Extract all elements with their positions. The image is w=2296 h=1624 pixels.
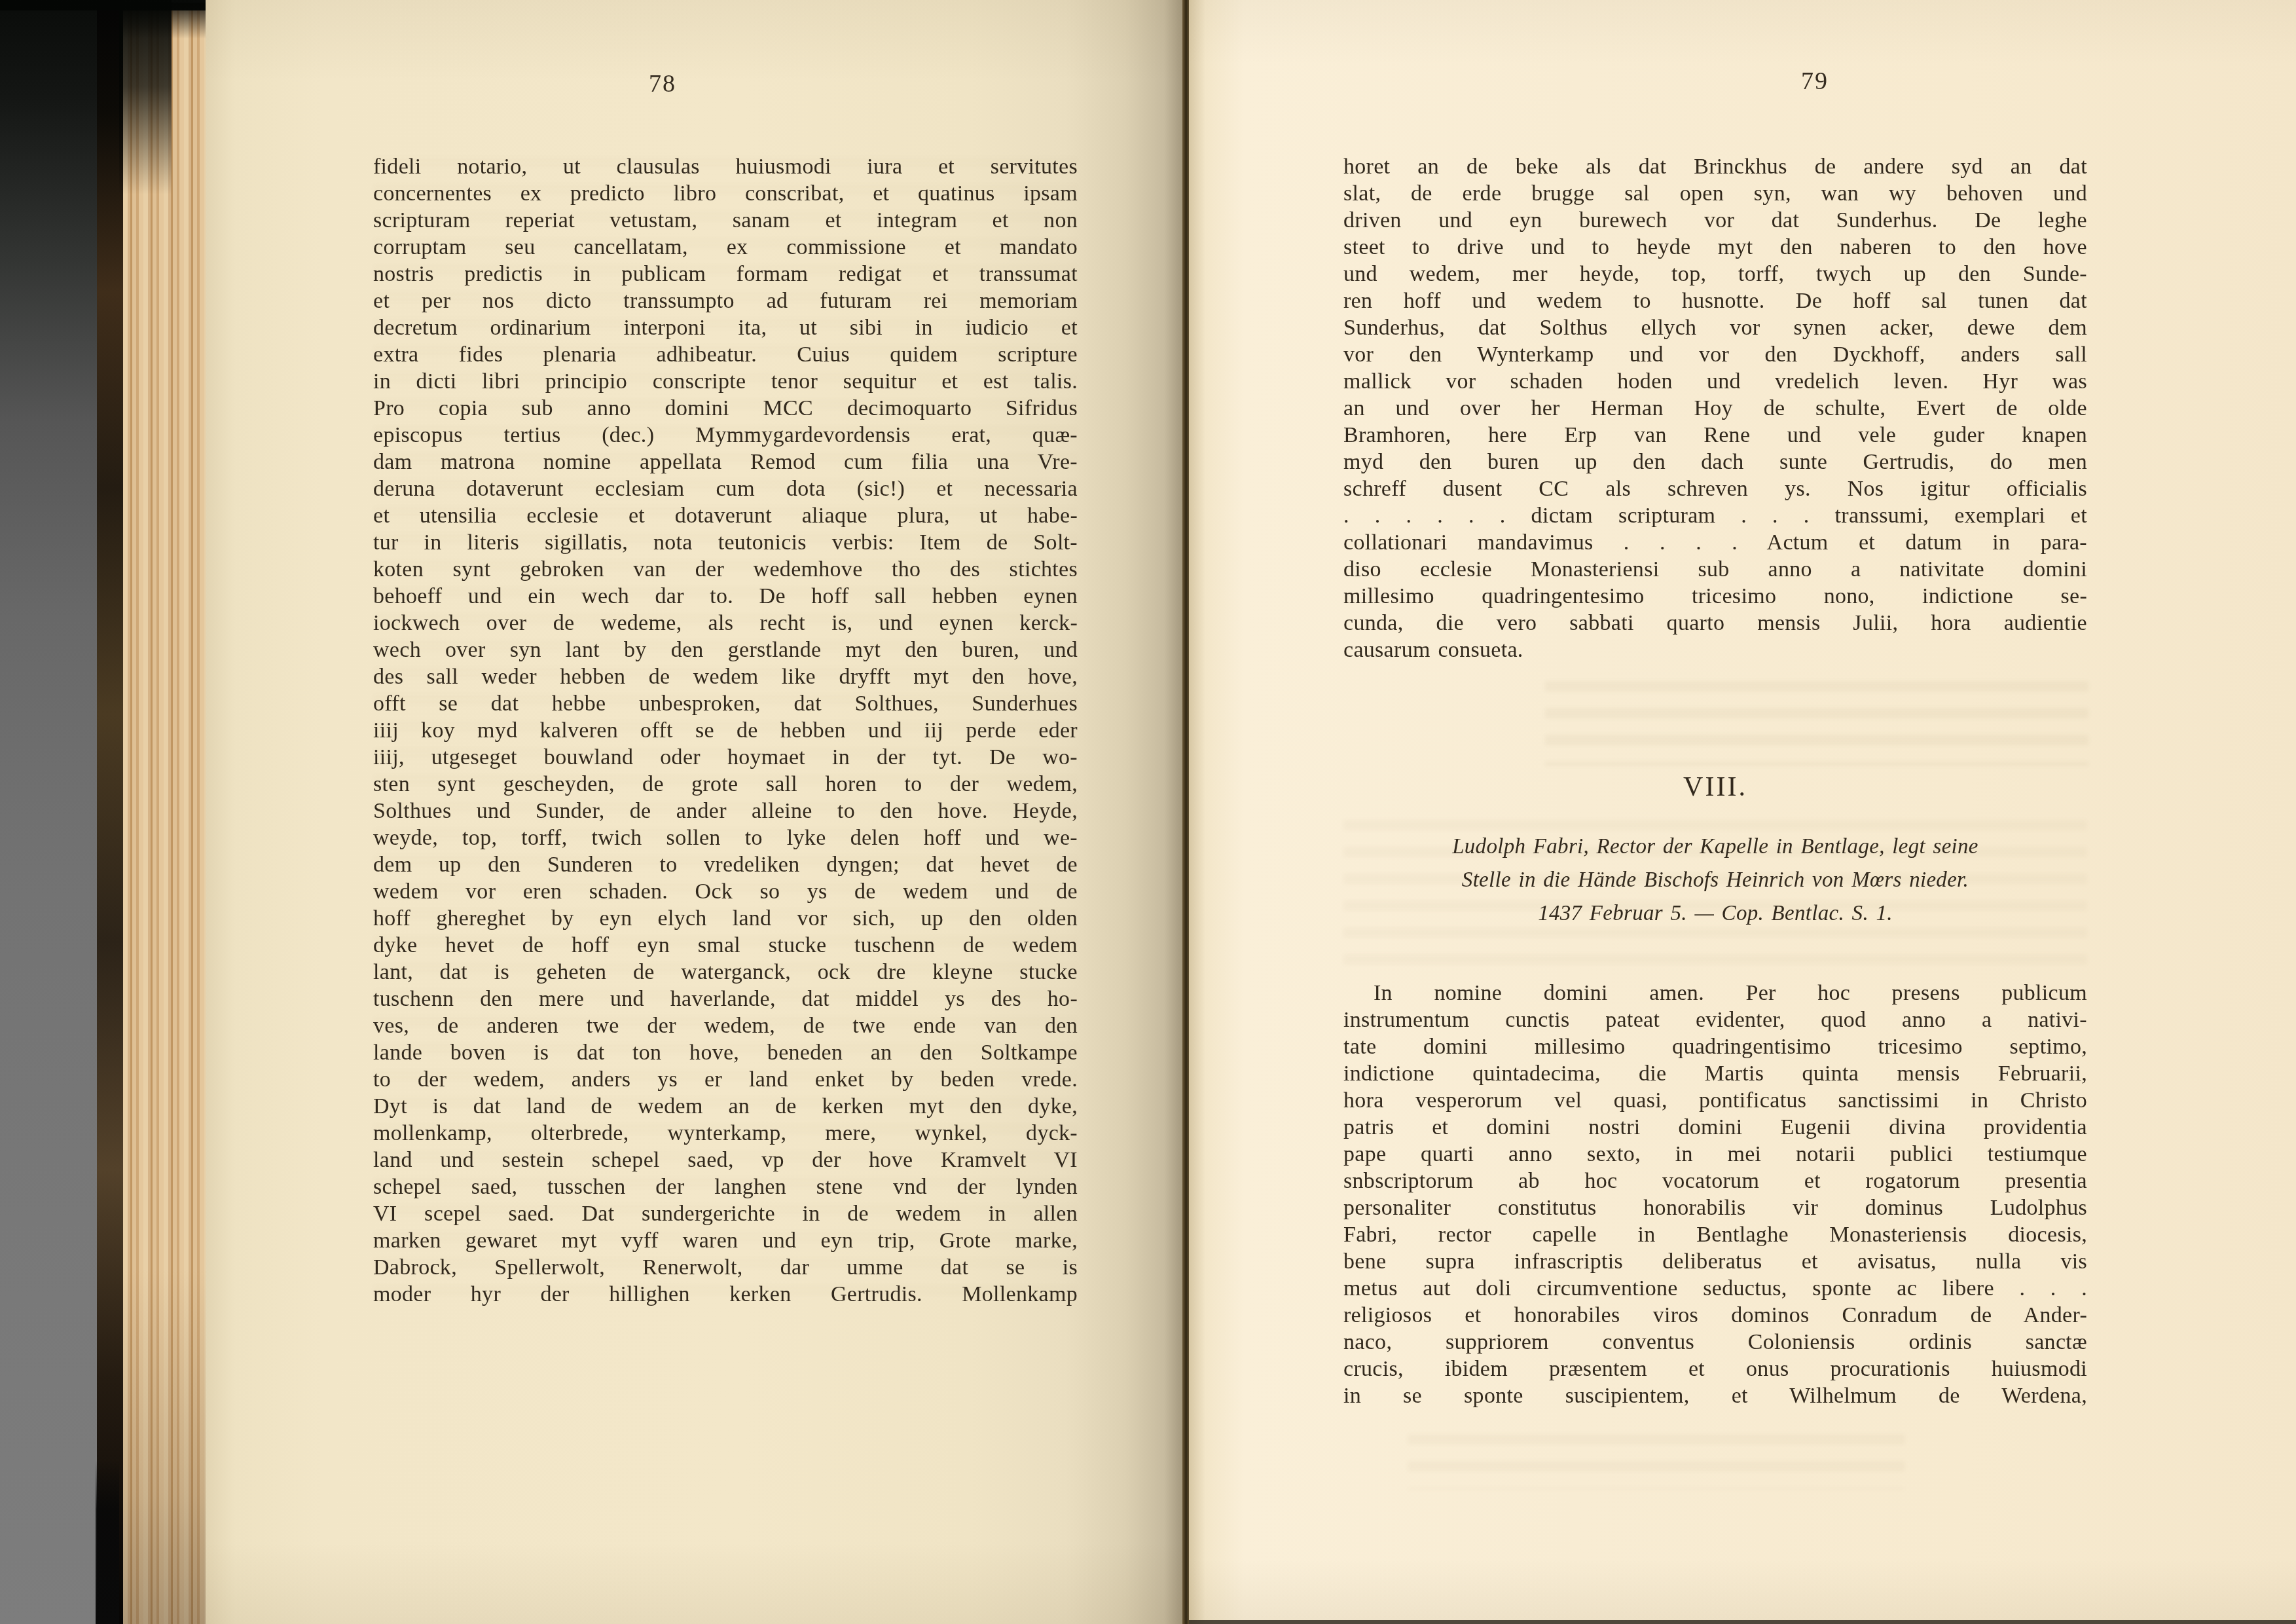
cover-corner-shadow (119, 0, 172, 216)
text-line: Dabrock, Spellerwolt, Renerwolt, dar umm… (373, 1254, 1078, 1281)
text-line: metus aut doli circumventione seductus, … (1343, 1275, 2087, 1302)
text-line: horet an de beke als dat Brinckhus de an… (1343, 153, 2087, 180)
text-line: iockwech over de wedeme, als recht is, u… (373, 610, 1078, 637)
text-line: wedem vor eren schaden. Ock so ys de wed… (373, 878, 1078, 905)
text-line: myd den buren up den dach sunte Gertrudi… (1343, 449, 2087, 475)
text-line: driven und eyn burewech vor dat Sunderhu… (1343, 207, 2087, 234)
text-line: Stelle in die Hände Bischofs Heinrich vo… (1343, 864, 2087, 897)
text-line: an und over her Herman Hoy de schulte, E… (1343, 395, 2087, 422)
text-line: schreff dusent CC als schreven ys. Nos i… (1343, 475, 2087, 502)
text-line: vor den Wynterkamp und vor den Dyckhoff,… (1343, 341, 2087, 368)
text-line: to der wedem, anders ys er land enket by… (373, 1066, 1078, 1093)
text-line: diso ecclesie Monasteriensi sub anno a n… (1343, 556, 2087, 583)
text-line: behoeff und ein wech dar to. De hoff sal… (373, 583, 1078, 610)
text-line: in se sponte suscipientem, et Wilhelmum … (1343, 1382, 2087, 1409)
text-line: tuschenn den mere und haverlande, dat mi… (373, 986, 1078, 1012)
text-line: et per nos dicto transsumpto ad futuram … (373, 287, 1078, 314)
text-line: religiosos et honorabiles viros dominos … (1343, 1302, 2087, 1329)
text-line: crucis, ibidem præsentem et onus procura… (1343, 1356, 2087, 1382)
text-line: collationari mandavimus . . . . Actum et… (1343, 529, 2087, 556)
text-line: wech over syn lant by den gerstlande myt… (373, 637, 1078, 663)
text-line: . . . . . . dictam scripturam . . . tran… (1343, 502, 2087, 529)
text-line: weyde, top, torff, twich sollen to lyke … (373, 824, 1078, 851)
text-line: moder hyr der hillighen kerken Gertrudis… (373, 1281, 1078, 1308)
text-line: marken gewaret myt vyff waren und eyn tr… (373, 1227, 1078, 1254)
right-page-paragraph-1: horet an de beke als dat Brinckhus de an… (1343, 153, 2087, 663)
text-line: VI scepel saed. Dat sundergerichte in de… (373, 1200, 1078, 1227)
text-line: und wedem, mer heyde, top, torff, twych … (1343, 261, 2087, 287)
text-line: offt se dat hebbe unbesproken, dat Solth… (373, 690, 1078, 717)
text-line: pape quarti anno sexto, in mei notarii p… (1343, 1141, 2087, 1168)
page-fore-edges (123, 3, 207, 1624)
text-line: indictione quintadecima, die Martis quin… (1343, 1060, 2087, 1087)
text-line: patris et domini nostri domini Eugenii d… (1343, 1114, 2087, 1141)
text-line: hoff ghereghet by eyn elych land vor sic… (373, 905, 1078, 932)
text-line: personaliter constitutus honorabilis vir… (1343, 1194, 2087, 1221)
text-line: Solthues und Sunder, de ander alleine to… (373, 798, 1078, 824)
text-line: Ludolph Fabri, Rector der Kapelle in Ben… (1343, 830, 2087, 864)
text-line: naco, suppriorem conventus Coloniensis o… (1343, 1329, 2087, 1356)
text-line: Sunderhus, dat Solthus ellych vor synen … (1343, 314, 2087, 341)
text-line: dem up den Sunderen to vredeliken dyngen… (373, 851, 1078, 878)
text-line: sten synt gescheyden, de grote sall hore… (373, 771, 1078, 798)
text-line: land und sestein schepel saed, vp der ho… (373, 1147, 1078, 1173)
text-line: decretum ordinarium interponi ita, ut si… (373, 314, 1078, 341)
text-line: iiij, utgeseget bouwland oder hoymaet in… (373, 744, 1078, 771)
text-line: concernentes ex predicto libro conscriba… (373, 180, 1078, 207)
text-line: steet to drive und to heyde myt den nabe… (1343, 234, 2087, 261)
text-line: corruptam seu cancellatam, ex commission… (373, 234, 1078, 261)
text-line: bene supra infrascriptis deliberatus et … (1343, 1248, 2087, 1275)
book-scan: 78 79 fideli notario, ut clausulas huius… (0, 0, 2296, 1624)
text-line: deruna dotaverunt ecclesiam cum dota (si… (373, 475, 1078, 502)
text-line: millesimo quadringentesimo tricesimo non… (1343, 583, 2087, 610)
text-line: episcopus tertius (dec.) Mymmygardevorde… (373, 422, 1078, 449)
text-line: dam matrona nomine appellata Remod cum f… (373, 449, 1078, 475)
text-line: Pro copia sub anno domini MCC decimoquar… (373, 395, 1078, 422)
left-page-body-text: fideli notario, ut clausulas huiusmodi i… (373, 153, 1078, 1308)
text-line: dyke hevet de hoff eyn smal stucke tusch… (373, 932, 1078, 959)
text-line: hora vesperorum vel quasi, pontificatus … (1343, 1087, 2087, 1114)
text-line: 1437 Februar 5. — Cop. Bentlac. S. 1. (1343, 897, 2087, 931)
text-line: schepel saed, tusschen der langhen stene… (373, 1173, 1078, 1200)
text-line: iiij koy myd kalveren offt se de hebben … (373, 717, 1078, 744)
scanner-background (0, 0, 105, 1624)
text-line: slat, de erde brugge sal open syn, wan w… (1343, 180, 2087, 207)
book-cover-edge (97, 0, 124, 1624)
text-line: nostris predictis in publicam formam red… (373, 261, 1078, 287)
text-line: des sall weder hebben de wedem like dryf… (373, 663, 1078, 690)
text-line: Dyt is dat land de wedem an de kerken my… (373, 1093, 1078, 1120)
text-line: lande boven is dat ton hove, beneden an … (373, 1039, 1078, 1066)
text-line: in dicti libri principio conscripte teno… (373, 368, 1078, 395)
scan-bottom-edge (1189, 1620, 2296, 1624)
text-line: instrumentum cunctis pateat evidenter, q… (1343, 1006, 2087, 1033)
text-line: et utensilia ecclesie et dotaverunt alia… (373, 502, 1078, 529)
text-line: In nomine domini amen. Per hoc presens p… (1343, 980, 2087, 1006)
document-heading: Ludolph Fabri, Rector der Kapelle in Ben… (1343, 830, 2087, 931)
text-line: snbscriptorum ab hoc vocatorum et rogato… (1343, 1168, 2087, 1194)
right-page-number: 79 (1769, 67, 1861, 96)
text-line: ren hoff und wedem to husnotte. De hoff … (1343, 287, 2087, 314)
text-line: koten synt gebroken van der wedemhove th… (373, 556, 1078, 583)
text-line: ves, de anderen twe der wedem, de twe en… (373, 1012, 1078, 1039)
right-page-paragraph-2: In nomine domini amen. Per hoc presens p… (1343, 980, 2087, 1409)
text-line: fideli notario, ut clausulas huiusmodi i… (373, 153, 1078, 180)
text-line: causarum consueta. (1343, 637, 2087, 663)
text-line: lant, dat is geheten de waterganck, ock … (373, 959, 1078, 986)
text-line: Bramhoren, here Erp van Rene und vele gu… (1343, 422, 2087, 449)
text-line: extra fides plenaria adhibeatur. Cuius q… (373, 341, 1078, 368)
section-heading: VIII. (1343, 771, 2087, 803)
cover-bottom-shadow (96, 1460, 119, 1624)
text-line: Fabri, rector capelle in Bentlaghe Monas… (1343, 1221, 2087, 1248)
text-line: mollenkamp, olterbrede, wynterkamp, mere… (373, 1120, 1078, 1147)
text-line: mallick vor schaden hoden und vredelich … (1343, 368, 2087, 395)
text-line: tate domini millesimo quadringentisimo t… (1343, 1033, 2087, 1060)
text-line: tur in literis sigillatis, nota teutonic… (373, 529, 1078, 556)
left-page-number: 78 (617, 69, 708, 98)
text-line: cunda, die vero sabbati quarto mensis Ju… (1343, 610, 2087, 637)
gutter-shadow (1182, 0, 1189, 1624)
text-line: scripturam reperiat vetustam, sanam et i… (373, 207, 1078, 234)
